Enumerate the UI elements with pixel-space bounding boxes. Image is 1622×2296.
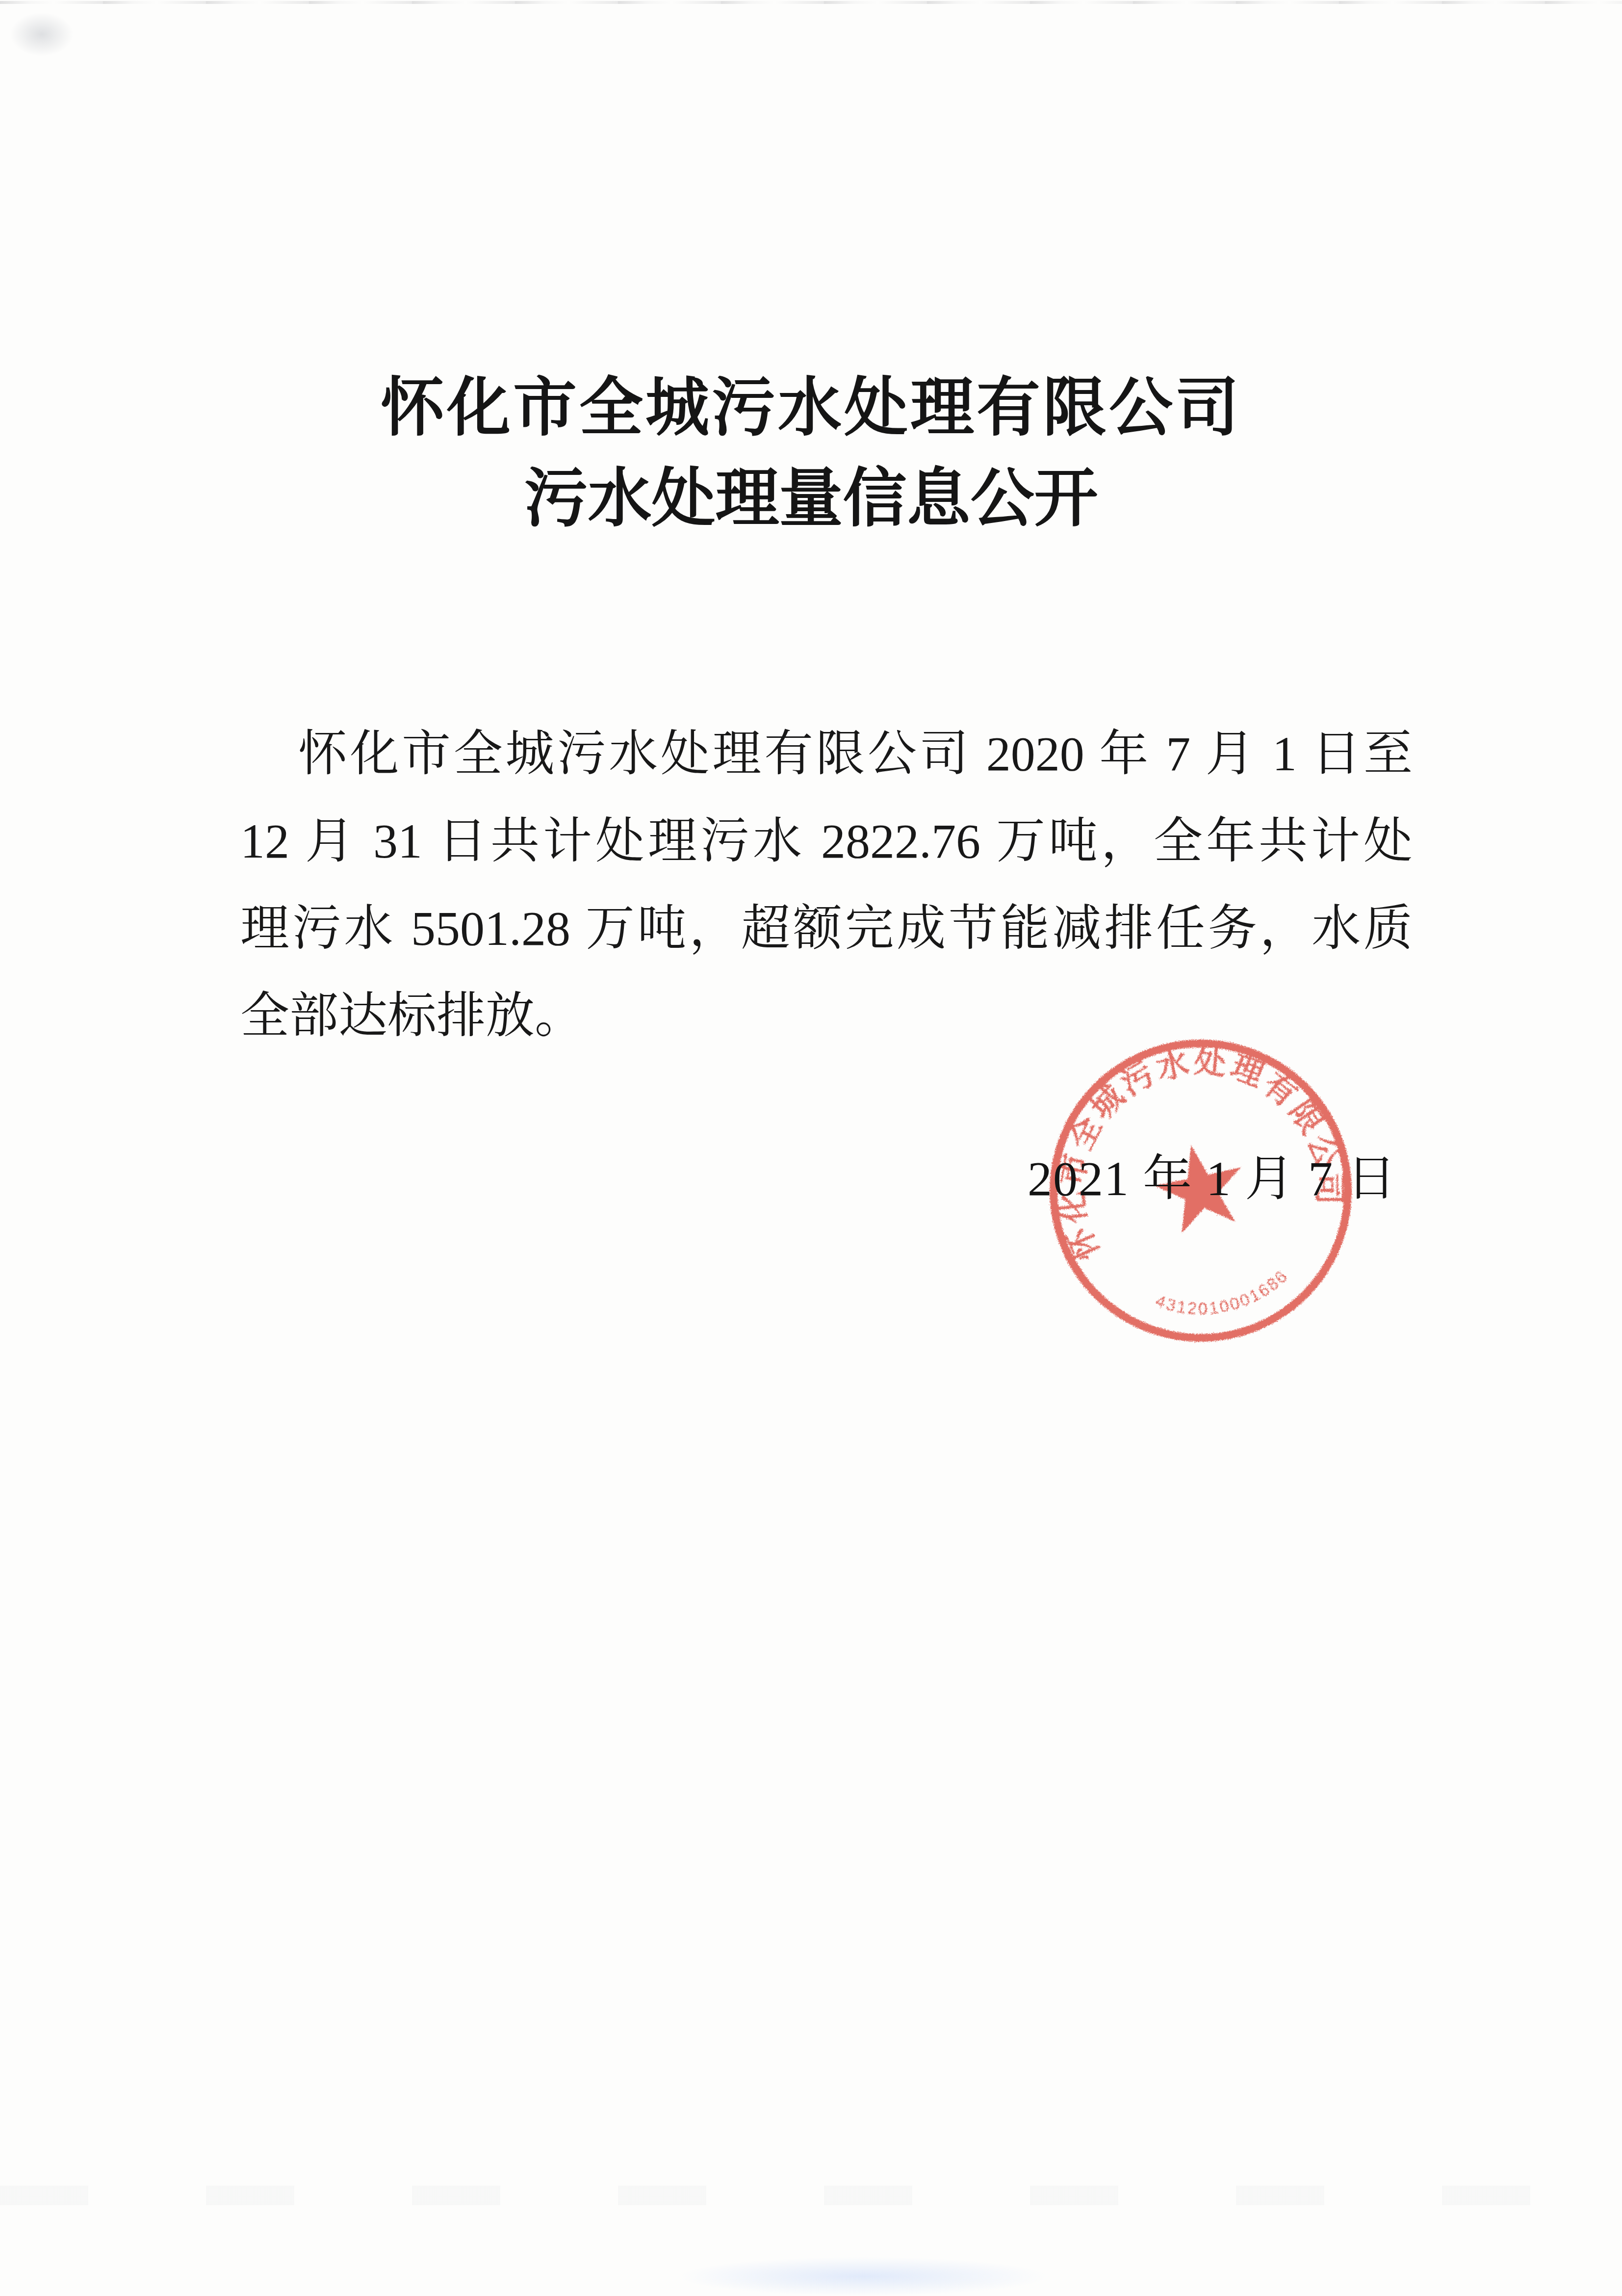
body-paragraph: 怀化市全城污水处理有限公司 2020 年 7 月 1 日至 12 月 31 日共… bbox=[240, 710, 1413, 1060]
scan-artifact-smudge bbox=[10, 12, 74, 56]
scan-artifact-bottom-band bbox=[0, 2186, 1622, 2205]
document-title-line1: 怀化市全城污水处理有限公司 bbox=[0, 363, 1622, 454]
document-title: 怀化市全城污水处理有限公司 污水处理量信息公开 bbox=[0, 363, 1622, 545]
body-line-1: 怀化市全城污水处理有限公司 2020 年 7 月 1 日至 bbox=[240, 710, 1413, 798]
scan-artifact-top-line bbox=[0, 1, 1622, 4]
date-line: 2021 年 1 月 7 日 bbox=[1028, 1149, 1397, 1208]
body-line-3: 理污水 5501.28 万吨，超额完成节能减排任务，水质 bbox=[240, 885, 1413, 972]
body-line-2: 12 月 31 日共计处理污水 2822.76 万吨，全年共计处 bbox=[240, 798, 1413, 885]
scan-artifact-bottom-glow bbox=[677, 2257, 1050, 2296]
document-page: 怀化市全城污水处理有限公司 污水处理量信息公开 怀化市全城污水处理有限公司 20… bbox=[0, 0, 1622, 2296]
document-title-line2: 污水处理量信息公开 bbox=[0, 454, 1622, 545]
seal-company-arc-text: 怀化市全城污水处理有限公司 bbox=[1027, 1018, 1354, 1267]
